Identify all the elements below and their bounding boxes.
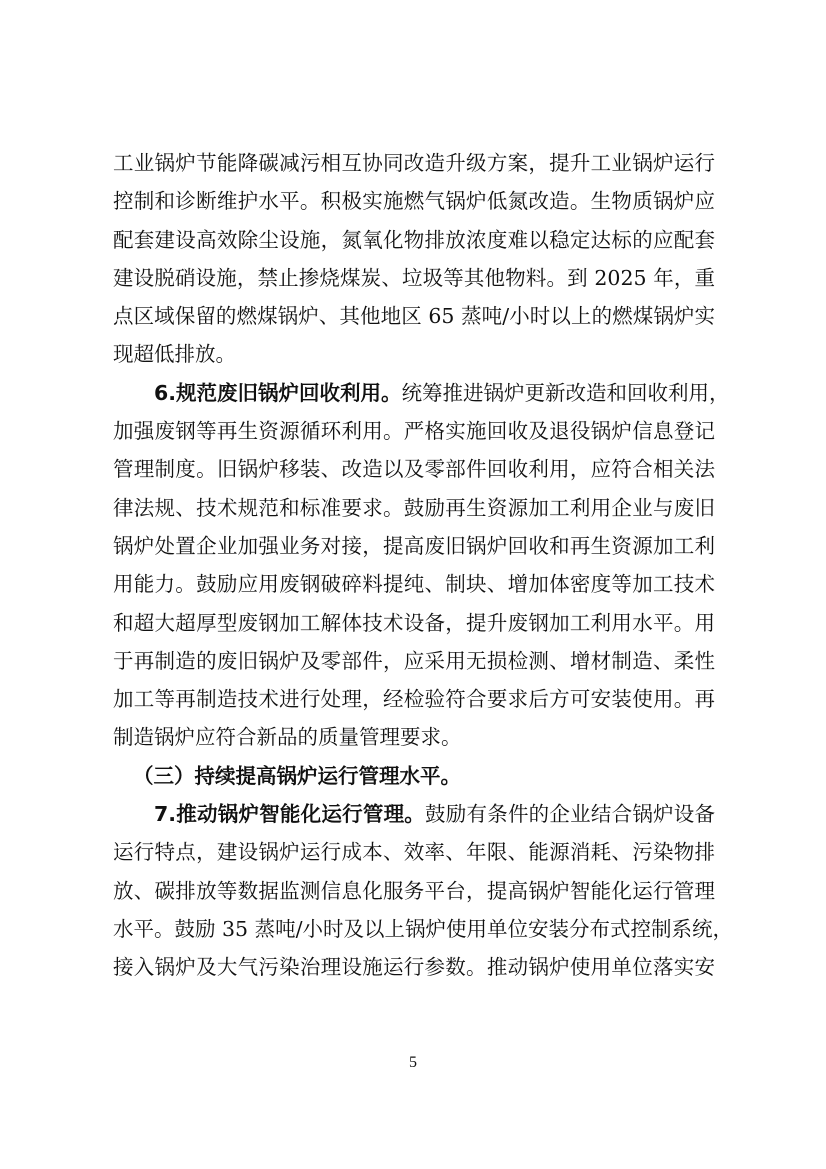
- text-line: 建设脱硝设施，禁止掺烧煤炭、垃圾等其他物料。到 2025 年，重: [113, 259, 715, 297]
- text-line: 加强废钢等再生资源循环利用。严格实施回收及退役锅炉信息登记: [113, 412, 715, 450]
- text-line: 接入锅炉及大气污染治理设施运行参数。推动锅炉使用单位落实安: [113, 948, 715, 986]
- text-line: 于再制造的废旧锅炉及零部件，应采用无损检测、增材制造、柔性: [113, 642, 715, 680]
- document-page: 工业锅炉节能降碳减污相互协同改造升级方案，提升工业锅炉运行 控制和诊断维护水平。…: [0, 0, 826, 1169]
- paragraph-boiler-upgrade: 工业锅炉节能降碳减污相互协同改造升级方案，提升工业锅炉运行 控制和诊断维护水平。…: [113, 144, 715, 374]
- text-line: 控制和诊断维护水平。积极实施燃气锅炉低氮改造。生物质锅炉应: [113, 182, 715, 220]
- text-span: 鼓励有条件的企业结合锅炉设备: [425, 802, 715, 826]
- text-line: 律法规、技术规范和标准要求。鼓励再生资源加工利用企业与废旧: [113, 489, 715, 527]
- text-line: 现超低排放。: [113, 335, 715, 373]
- text-line: 放、碳排放等数据监测信息化服务平台，提高锅炉智能化运行管理: [113, 872, 715, 910]
- text-line: 管理制度。旧锅炉移装、改造以及零部件回收利用，应符合相关法: [113, 450, 715, 488]
- text-line: 水平。鼓励 35 蒸吨/小时及以上锅炉使用单位安装分布式控制系统，: [113, 910, 715, 948]
- item-7-title: 7.推动锅炉智能化运行管理。: [154, 802, 425, 826]
- text-line: 和超大超厚型废钢加工解体技术设备，提升废钢加工利用水平。用: [113, 604, 715, 642]
- item-6-title: 6.规范废旧锅炉回收利用。: [154, 381, 402, 405]
- text-line: 工业锅炉节能降碳减污相互协同改造升级方案，提升工业锅炉运行: [113, 144, 715, 182]
- page-number: 5: [0, 1054, 826, 1072]
- text-line: 点区域保留的燃煤锅炉、其他地区 65 蒸吨/小时以上的燃煤锅炉实: [113, 297, 715, 335]
- document-body: 工业锅炉节能降碳减污相互协同改造升级方案，提升工业锅炉运行 控制和诊断维护水平。…: [113, 144, 715, 987]
- text-line: 制造锅炉应符合新品的质量管理要求。: [113, 718, 715, 756]
- text-line: 配套建设高效除尘设施，氮氧化物排放浓度难以稳定达标的应配套: [113, 221, 715, 259]
- paragraph-item-7-smart-operation: 7.推动锅炉智能化运行管理。鼓励有条件的企业结合锅炉设备 运行特点，建设锅炉运行…: [113, 795, 715, 986]
- text-line-with-lead: 6.规范废旧锅炉回收利用。统筹推进锅炉更新改造和回收利用，: [113, 374, 715, 412]
- text-line-with-lead: 7.推动锅炉智能化运行管理。鼓励有条件的企业结合锅炉设备: [113, 795, 715, 833]
- text-line: 锅炉处置企业加强业务对接，提高废旧锅炉回收和再生资源加工利: [113, 527, 715, 565]
- section-heading-3: （三）持续提高锅炉运行管理水平。: [113, 757, 715, 795]
- text-line: 加工等再制造技术进行处理，经检验符合要求后方可安装使用。再: [113, 680, 715, 718]
- text-line: 用能力。鼓励应用废钢破碎料提纯、制块、增加体密度等加工技术: [113, 565, 715, 603]
- text-line: 运行特点，建设锅炉运行成本、效率、年限、能源消耗、污染物排: [113, 833, 715, 871]
- paragraph-item-6-recycling: 6.规范废旧锅炉回收利用。统筹推进锅炉更新改造和回收利用， 加强废钢等再生资源循…: [113, 374, 715, 757]
- text-span: 统筹推进锅炉更新改造和回收利用，: [402, 381, 730, 405]
